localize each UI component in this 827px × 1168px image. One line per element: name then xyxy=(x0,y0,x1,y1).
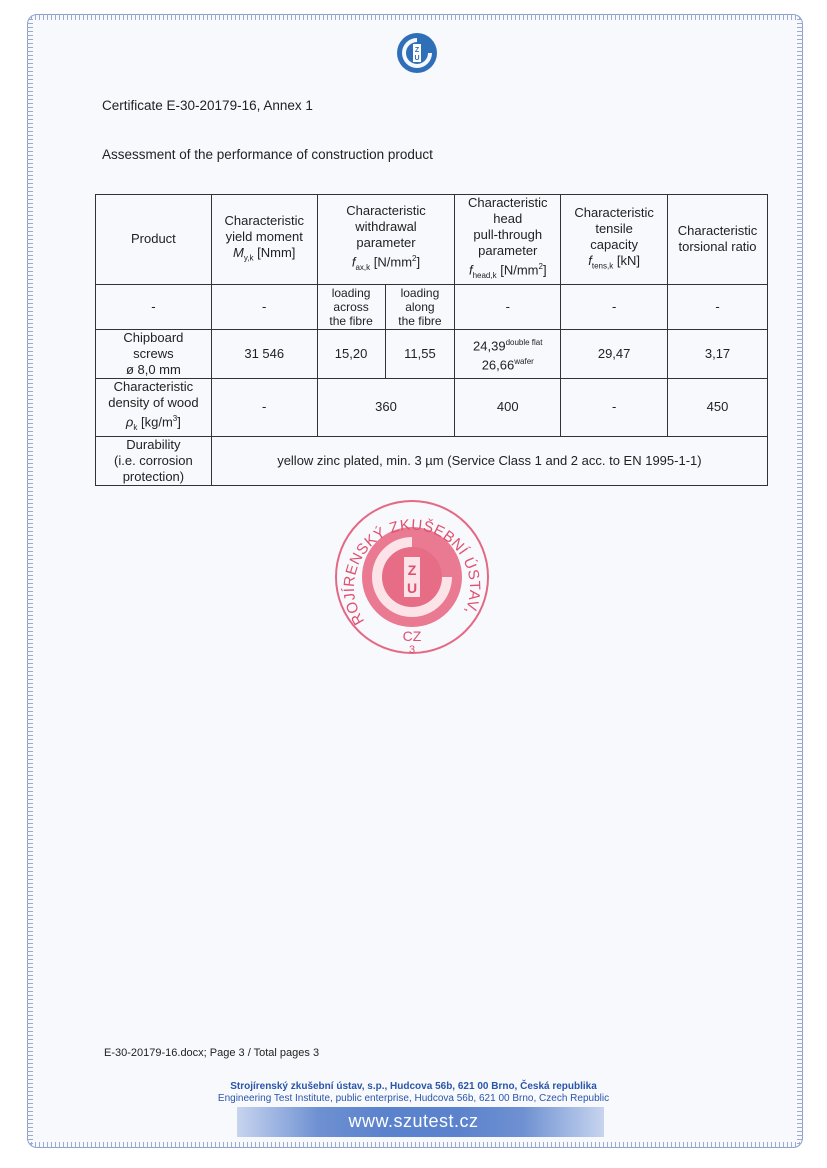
sub-loading-across: loadingacrossthe fibre xyxy=(317,284,385,329)
header-head-pull-through: Characteristic head pull-through paramet… xyxy=(455,195,561,285)
value-head-pull-through: 24,39double flat 26,66wafer xyxy=(455,329,561,378)
durability-value: yellow zinc plated, min. 3 µm (Service C… xyxy=(211,436,767,485)
footer-address-en: Engineering Test Institute, public enter… xyxy=(0,1093,827,1104)
szu-logo-icon: Z U xyxy=(396,32,438,74)
header-withdrawal: Characteristic withdrawal parameter fax,… xyxy=(317,195,455,285)
header-torsional-ratio: Characteristic torsional ratio xyxy=(668,195,768,285)
value-withdrawal-along: 11,55 xyxy=(385,329,455,378)
performance-table: Product Characteristic yield moment My,k… xyxy=(95,194,768,486)
row-label-durability: Durability(i.e. corrosionprotection) xyxy=(96,436,212,485)
svg-text:3: 3 xyxy=(409,644,415,656)
row-label-density: Characteristicdensity of wood ρk [kg/m3] xyxy=(96,378,212,436)
sub-yield-moment: - xyxy=(211,284,317,329)
footer-file-info: E-30-20179-16.docx; Page 3 / Total pages… xyxy=(104,1047,319,1059)
svg-text:U: U xyxy=(407,580,417,596)
sub-torsional: - xyxy=(668,284,768,329)
header-row: Product Characteristic yield moment My,k… xyxy=(96,195,768,285)
table-row-density: Characteristicdensity of wood ρk [kg/m3]… xyxy=(96,378,768,436)
website-link[interactable]: www.szutest.cz xyxy=(0,1111,827,1132)
official-stamp: Z U STROJÍRENSKÝ ZKUŠEBNÍ ÚSTAV, s.p. CZ… xyxy=(332,497,492,657)
svg-text:Z: Z xyxy=(415,47,420,54)
certificate-title: Certificate E-30-20179-16, Annex 1 xyxy=(102,98,313,113)
assessment-title: Assessment of the performance of constru… xyxy=(102,147,433,162)
density-withdrawal: 360 xyxy=(317,378,455,436)
density-head-pull: 400 xyxy=(455,378,561,436)
table-row-durability: Durability(i.e. corrosionprotection) yel… xyxy=(96,436,768,485)
value-tensile-capacity: 29,47 xyxy=(561,329,668,378)
subheader-row: - - loadingacrossthe fibre loadingalongt… xyxy=(96,284,768,329)
row-label-screws: Chipboardscrewsø 8,0 mm xyxy=(96,329,212,378)
svg-text:Z: Z xyxy=(408,562,417,578)
sub-product: - xyxy=(96,284,212,329)
density-tensile: - xyxy=(561,378,668,436)
sub-tensile: - xyxy=(561,284,668,329)
sub-head-pull: - xyxy=(455,284,561,329)
sub-loading-along: loadingalongthe fibre xyxy=(385,284,455,329)
density-yield-moment: - xyxy=(211,378,317,436)
table-row-chipboard-screws: Chipboardscrewsø 8,0 mm 31 546 15,20 11,… xyxy=(96,329,768,378)
density-torsional: 450 xyxy=(668,378,768,436)
value-yield-moment: 31 546 xyxy=(211,329,317,378)
header-yield-moment: Characteristic yield moment My,k [Nmm] xyxy=(211,195,317,285)
footer-address-cz: Strojírenský zkušební ústav, s.p., Hudco… xyxy=(0,1081,827,1092)
value-withdrawal-across: 15,20 xyxy=(317,329,385,378)
header-tensile-capacity: Characteristic tensile capacity ftens,k … xyxy=(561,195,668,285)
svg-text:U: U xyxy=(414,55,419,62)
value-torsional-ratio: 3,17 xyxy=(668,329,768,378)
header-product: Product xyxy=(96,195,212,285)
svg-text:CZ: CZ xyxy=(403,628,422,644)
